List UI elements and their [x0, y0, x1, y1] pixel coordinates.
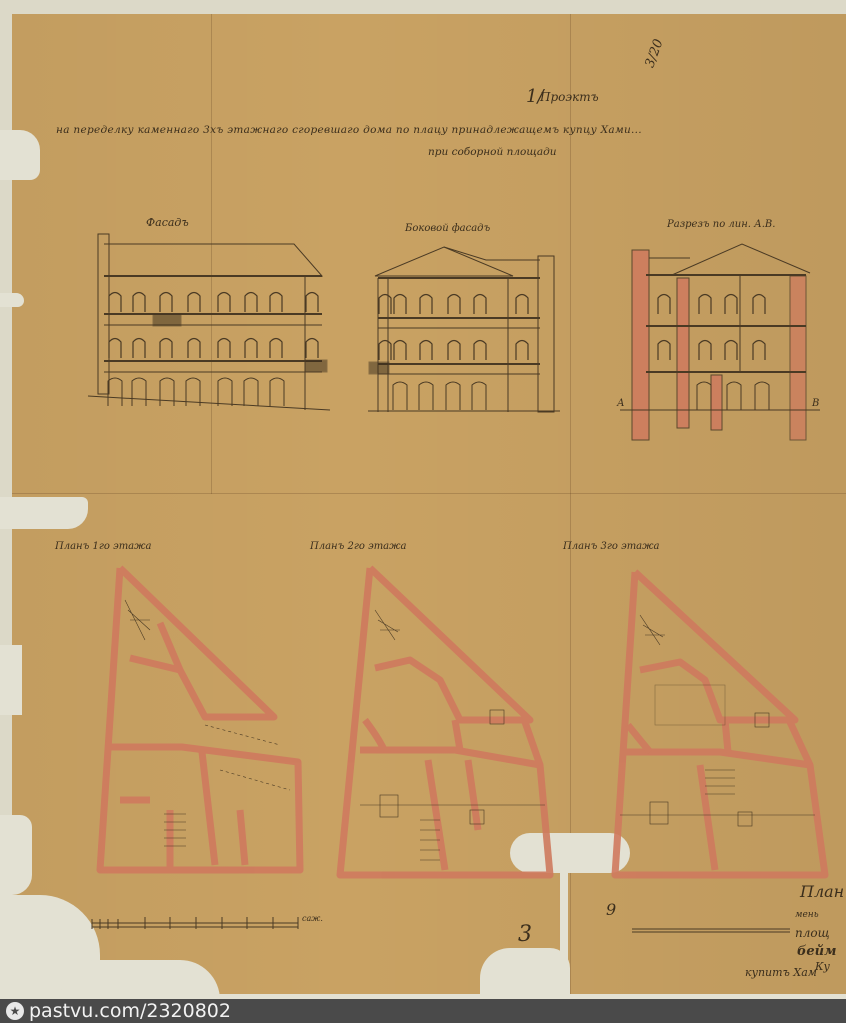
side-note-line: бейм	[797, 944, 836, 959]
bottom-mark-middle: 9	[606, 900, 616, 919]
section-mark-b: В	[812, 398, 819, 409]
side-note-line: мень	[795, 910, 819, 920]
watermark-bar: ★ pastvu.com/2320802	[0, 999, 846, 1023]
section-drawing	[620, 244, 820, 440]
side-note-line: Ку	[815, 960, 830, 973]
architectural-drawings	[0, 0, 846, 1000]
side-note-line: План	[800, 882, 844, 901]
side-facade-drawing	[368, 247, 560, 412]
facade-drawing	[88, 234, 330, 410]
bottom-mark-left: 3	[518, 922, 532, 947]
side-note-line: площ	[795, 926, 830, 940]
watermark-url[interactable]: pastvu.com/2320802	[29, 999, 231, 1023]
plan-2-drawing	[340, 568, 550, 875]
plan-3-drawing	[615, 572, 825, 875]
side-note-line: купитъ Хам	[745, 966, 817, 979]
scale-bar	[92, 917, 790, 932]
scale-unit: саж.	[302, 914, 323, 923]
section-mark-a: А	[617, 398, 625, 409]
plan-1-drawing	[100, 568, 300, 870]
pastvu-logo-icon: ★	[6, 1002, 24, 1020]
